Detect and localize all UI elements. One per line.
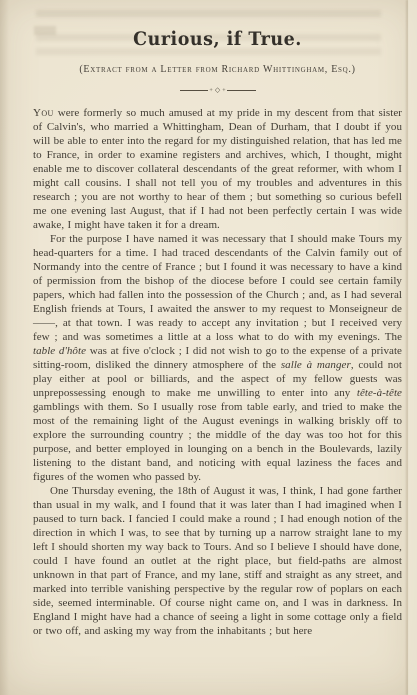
divider-diamond-icon: ◇ — [214, 87, 221, 94]
paragraph: For the purpose I have named it was nece… — [33, 232, 402, 484]
section-divider: + ◇ + — [180, 87, 256, 94]
page-content: Curious, if True. (Extract from a Letter… — [0, 0, 417, 638]
divider-rule-left — [180, 90, 209, 91]
italic-phrase: table d'hôte — [33, 345, 86, 357]
italic-phrase: salle à manger — [281, 359, 351, 371]
body-text: You were formerly so much amused at my p… — [33, 106, 402, 638]
text-run: were formerly so much amused at my pride… — [33, 107, 402, 231]
text-run: gamblings with them. So I usually rose f… — [33, 401, 402, 483]
italic-phrase: tête-à-tête — [357, 387, 402, 399]
paragraph: One Thursday evening, the 18th of August… — [33, 484, 402, 638]
page-title: Curious, if True. — [33, 30, 402, 51]
text-run: One Thursday evening, the 18th of August… — [33, 485, 402, 637]
book-page: Curious, if True. (Extract from a Letter… — [0, 0, 417, 695]
paragraph: You were formerly so much amused at my p… — [33, 106, 402, 232]
text-run: You — [33, 107, 54, 119]
text-run: For the purpose I have named it was nece… — [33, 233, 402, 343]
divider-rule-right — [227, 90, 256, 91]
page-subtitle: (Extract from a Letter from Richard Whit… — [33, 64, 402, 75]
